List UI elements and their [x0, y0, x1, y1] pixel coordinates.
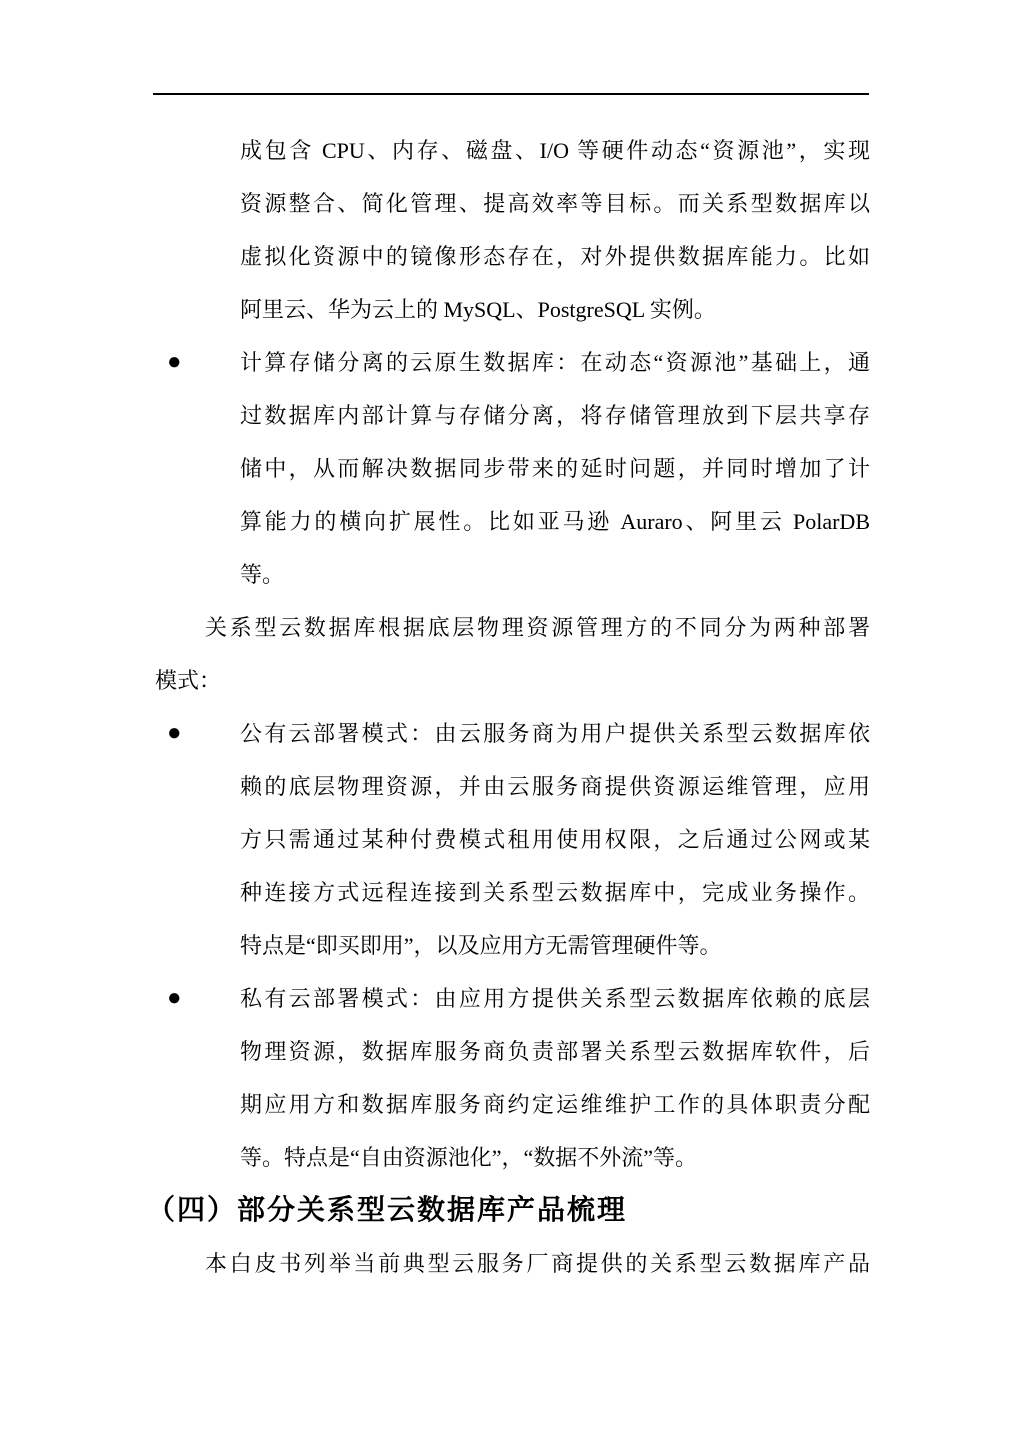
bullet-line: ●计算存储分离的云原生数据库：在动态“资源池”基础上，通	[155, 336, 870, 389]
body-line: 模式：	[155, 654, 870, 707]
body-line: 物理资源，数据库服务商负责部署关系型云数据库软件，后	[155, 1025, 870, 1078]
body-line: 阿里云、华为云上的 MySQL、PostgreSQL 实例。	[155, 283, 870, 336]
bullet-line-text: 计算存储分离的云原生数据库：在动态“资源池”基础上，通	[240, 350, 870, 375]
body-line: 成包含 CPU、内存、磁盘、I/O 等硬件动态“资源池”，实现	[155, 124, 870, 177]
body-line: 过数据库内部计算与存储分离，将存储管理放到下层共享存	[155, 389, 870, 442]
body-line: 储中，从而解决数据同步带来的延时问题，并同时增加了计	[155, 442, 870, 495]
body-line: 虚拟化资源中的镜像形态存在，对外提供数据库能力。比如	[155, 230, 870, 283]
body-line: 方只需通过某种付费模式租用使用权限，之后通过公网或某	[155, 813, 870, 866]
header-rule	[153, 93, 869, 95]
body-line: 资源整合、简化管理、提高效率等目标。而关系型数据库以	[155, 177, 870, 230]
bullet-icon: ●	[167, 972, 182, 1025]
body-line: 算能力的横向扩展性。比如亚马逊 Auraro、阿里云 PolarDB	[155, 495, 870, 548]
bullet-icon: ●	[167, 707, 182, 760]
bullet-line: ●公有云部署模式：由云服务商为用户提供关系型云数据库依	[155, 707, 870, 760]
body-line: 等。特点是“自由资源池化”，“数据不外流”等。	[155, 1131, 870, 1184]
section-heading: （四）部分关系型云数据库产品梳理	[147, 1184, 870, 1237]
bullet-line-text: 公有云部署模式：由云服务商为用户提供关系型云数据库依	[240, 721, 870, 746]
document-page: 成包含 CPU、内存、磁盘、I/O 等硬件动态“资源池”，实现 资源整合、简化管…	[0, 0, 1019, 1440]
body-line: 期应用方和数据库服务商约定运维维护工作的具体职责分配	[155, 1078, 870, 1131]
body-line: 种连接方式远程连接到关系型云数据库中，完成业务操作。	[155, 866, 870, 919]
bullet-line-text: 私有云部署模式：由应用方提供关系型云数据库依赖的底层	[240, 986, 870, 1011]
body-line: 关系型云数据库根据底层物理资源管理方的不同分为两种部署	[155, 601, 870, 654]
text-block: 成包含 CPU、内存、磁盘、I/O 等硬件动态“资源池”，实现 资源整合、简化管…	[155, 124, 870, 1290]
bullet-line: ●私有云部署模式：由应用方提供关系型云数据库依赖的底层	[155, 972, 870, 1025]
body-line: 赖的底层物理资源，并由云服务商提供资源运维管理，应用	[155, 760, 870, 813]
body-line: 本白皮书列举当前典型云服务厂商提供的关系型云数据库产品	[155, 1237, 870, 1290]
body-line: 等。	[155, 548, 870, 601]
body-line: 特点是“即买即用”，以及应用方无需管理硬件等。	[155, 919, 870, 972]
bullet-icon: ●	[167, 336, 182, 389]
